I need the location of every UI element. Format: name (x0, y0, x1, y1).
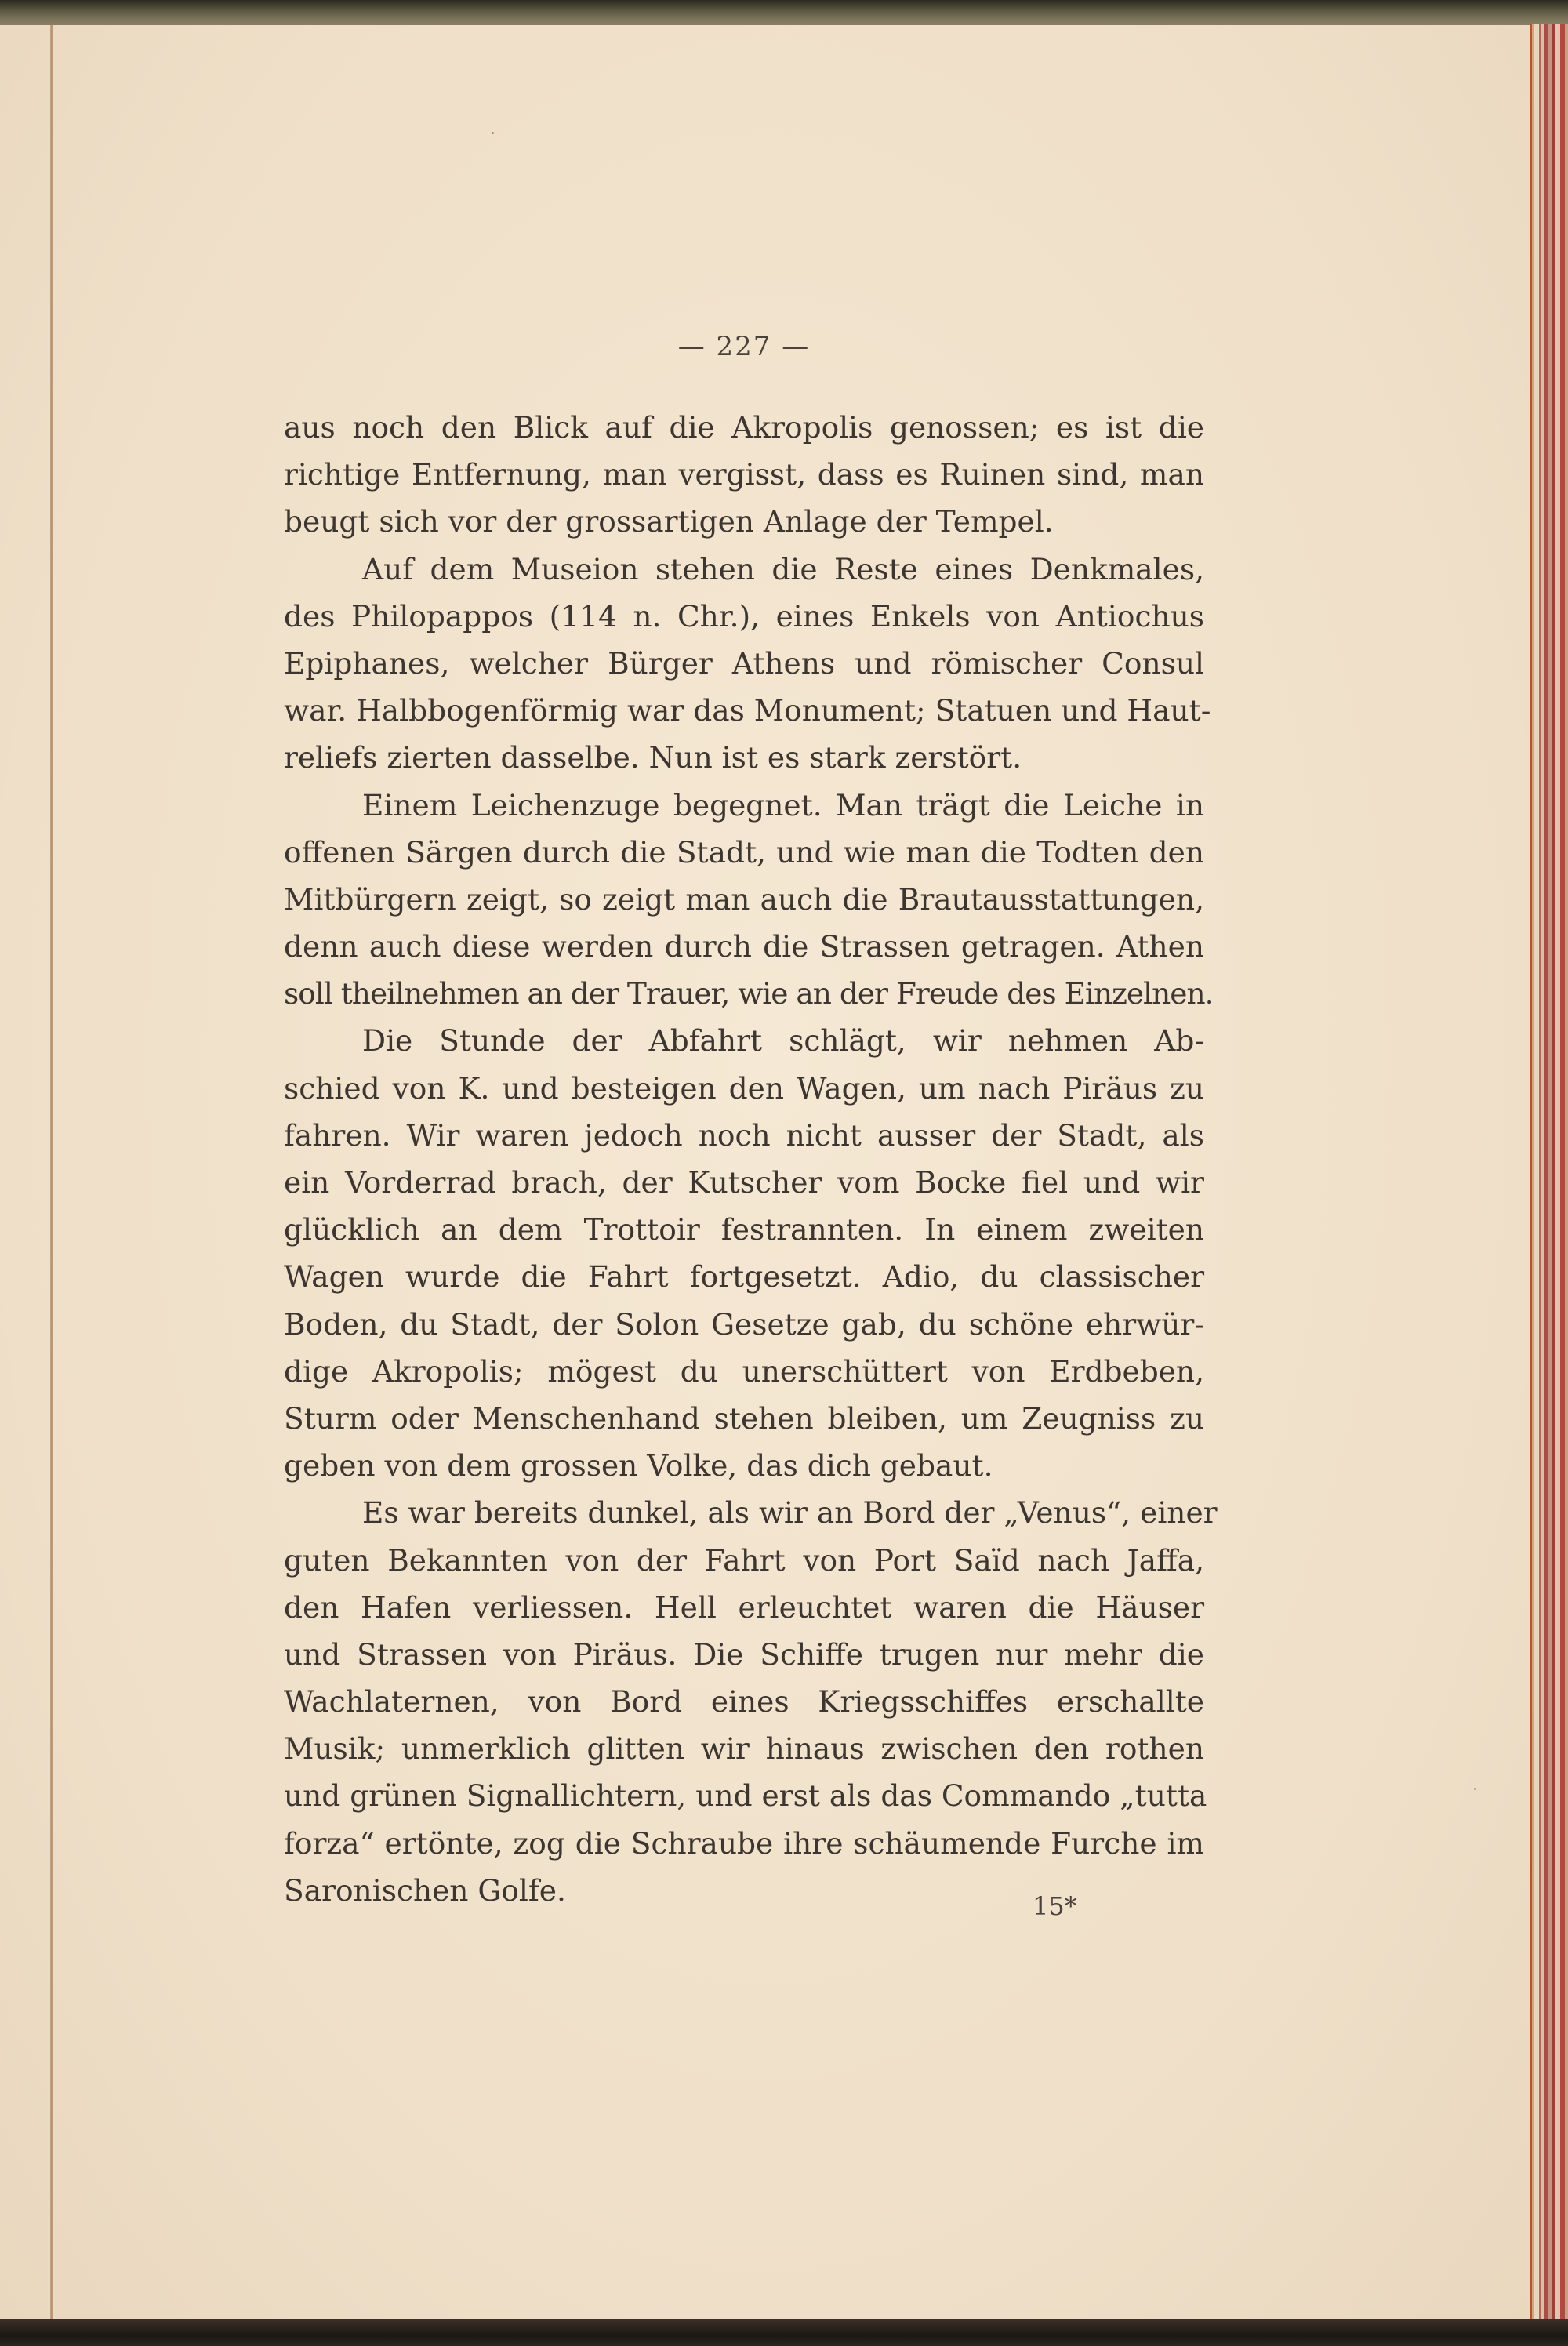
paragraph-2: Auf dem Museion stehen die Reste eines D… (284, 546, 1204, 782)
text-line: Einem Leichenzuge begegnet. Man trägt di… (284, 782, 1204, 829)
text-line: dige Akropolis; mögest du unerschüttert … (284, 1348, 1204, 1395)
text-line: Musik; unmerklich glitten wir hinaus zwi… (284, 1725, 1204, 1772)
gutter-fold (50, 25, 53, 2321)
text-line: guten Bekannten von der Fahrt von Port S… (284, 1537, 1204, 1584)
text-line: aus noch den Blick auf die Akropolis gen… (284, 404, 1204, 451)
text-line: offenen Särgen durch die Stadt, und wie … (284, 829, 1204, 876)
text-line: Es war bereits dunkel, als wir an Bord d… (284, 1489, 1204, 1536)
text-line: glücklich an dem Trottoir festrannten. I… (284, 1206, 1204, 1253)
top-binding-edge (0, 0, 1568, 25)
text-line: geben von dem grossen Volke, das dich ge… (284, 1442, 1204, 1489)
paper-speck (492, 132, 494, 134)
text-line: Wagen wurde die Fahrt fortgesetzt. Adio,… (284, 1253, 1204, 1300)
text-line: Sturm oder Menschenhand stehen bleiben, … (284, 1395, 1204, 1442)
bottom-binding-edge (0, 2319, 1568, 2346)
text-line: soll theilnehmen an der Trauer, wie an d… (284, 970, 1204, 1017)
signature-mark: 15* (1033, 1891, 1077, 1921)
text-line: Auf dem Museion stehen die Reste eines D… (284, 546, 1204, 593)
text-line: Wachlaternen, von Bord eines Kriegsschif… (284, 1678, 1204, 1725)
paragraph-1: aus noch den Blick auf die Akropolis gen… (284, 404, 1204, 546)
paper-speck (1474, 1788, 1476, 1790)
paragraph-4: Die Stunde der Abfahrt schlägt, wir nehm… (284, 1017, 1204, 1489)
paragraph-3: Einem Leichenzuge begegnet. Man trägt di… (284, 782, 1204, 1018)
page-number: — 227 — (284, 331, 1204, 362)
text-line: Epiphanes, welcher Bürger Athens und röm… (284, 640, 1204, 687)
text-line: schied von K. und besteigen den Wagen, u… (284, 1065, 1204, 1112)
text-line: denn auch diese werden durch die Strasse… (284, 923, 1204, 970)
text-line: Boden, du Stadt, der Solon Gesetze gab, … (284, 1301, 1204, 1348)
text-line: Die Stunde der Abfahrt schlägt, wir nehm… (284, 1017, 1204, 1064)
text-line: und grünen Signallichtern, und erst als … (284, 1772, 1204, 1819)
text-line: ein Vorderrad brach, der Kutscher vom Bo… (284, 1159, 1204, 1206)
text-line: richtige Entfernung, man vergisst, dass … (284, 451, 1204, 498)
text-line: reliefs zierten dasselbe. Nun ist es sta… (284, 734, 1204, 781)
body-text: aus noch den Blick auf die Akropolis gen… (284, 404, 1204, 1914)
text-line: und Strassen von Piräus. Die Schiffe tru… (284, 1631, 1204, 1678)
text-line: den Hafen verliessen. Hell erleuchtet wa… (284, 1584, 1204, 1631)
page-edges (1530, 24, 1568, 2321)
paragraph-5: Es war bereits dunkel, als wir an Bord d… (284, 1489, 1204, 1914)
text-line: beugt sich vor der grossartigen Anlage d… (284, 498, 1204, 545)
text-line: des Philopappos (114 n. Chr.), eines Enk… (284, 593, 1204, 640)
text-line: forza“ ertönte, zog die Schraube ihre sc… (284, 1820, 1204, 1867)
text-line: Mitbürgern zeigt, so zeigt man auch die … (284, 876, 1204, 923)
text-line: fahren. Wir waren jedoch noch nicht auss… (284, 1112, 1204, 1159)
text-line: war. Halbbogenförmig war das Monument; S… (284, 687, 1204, 734)
